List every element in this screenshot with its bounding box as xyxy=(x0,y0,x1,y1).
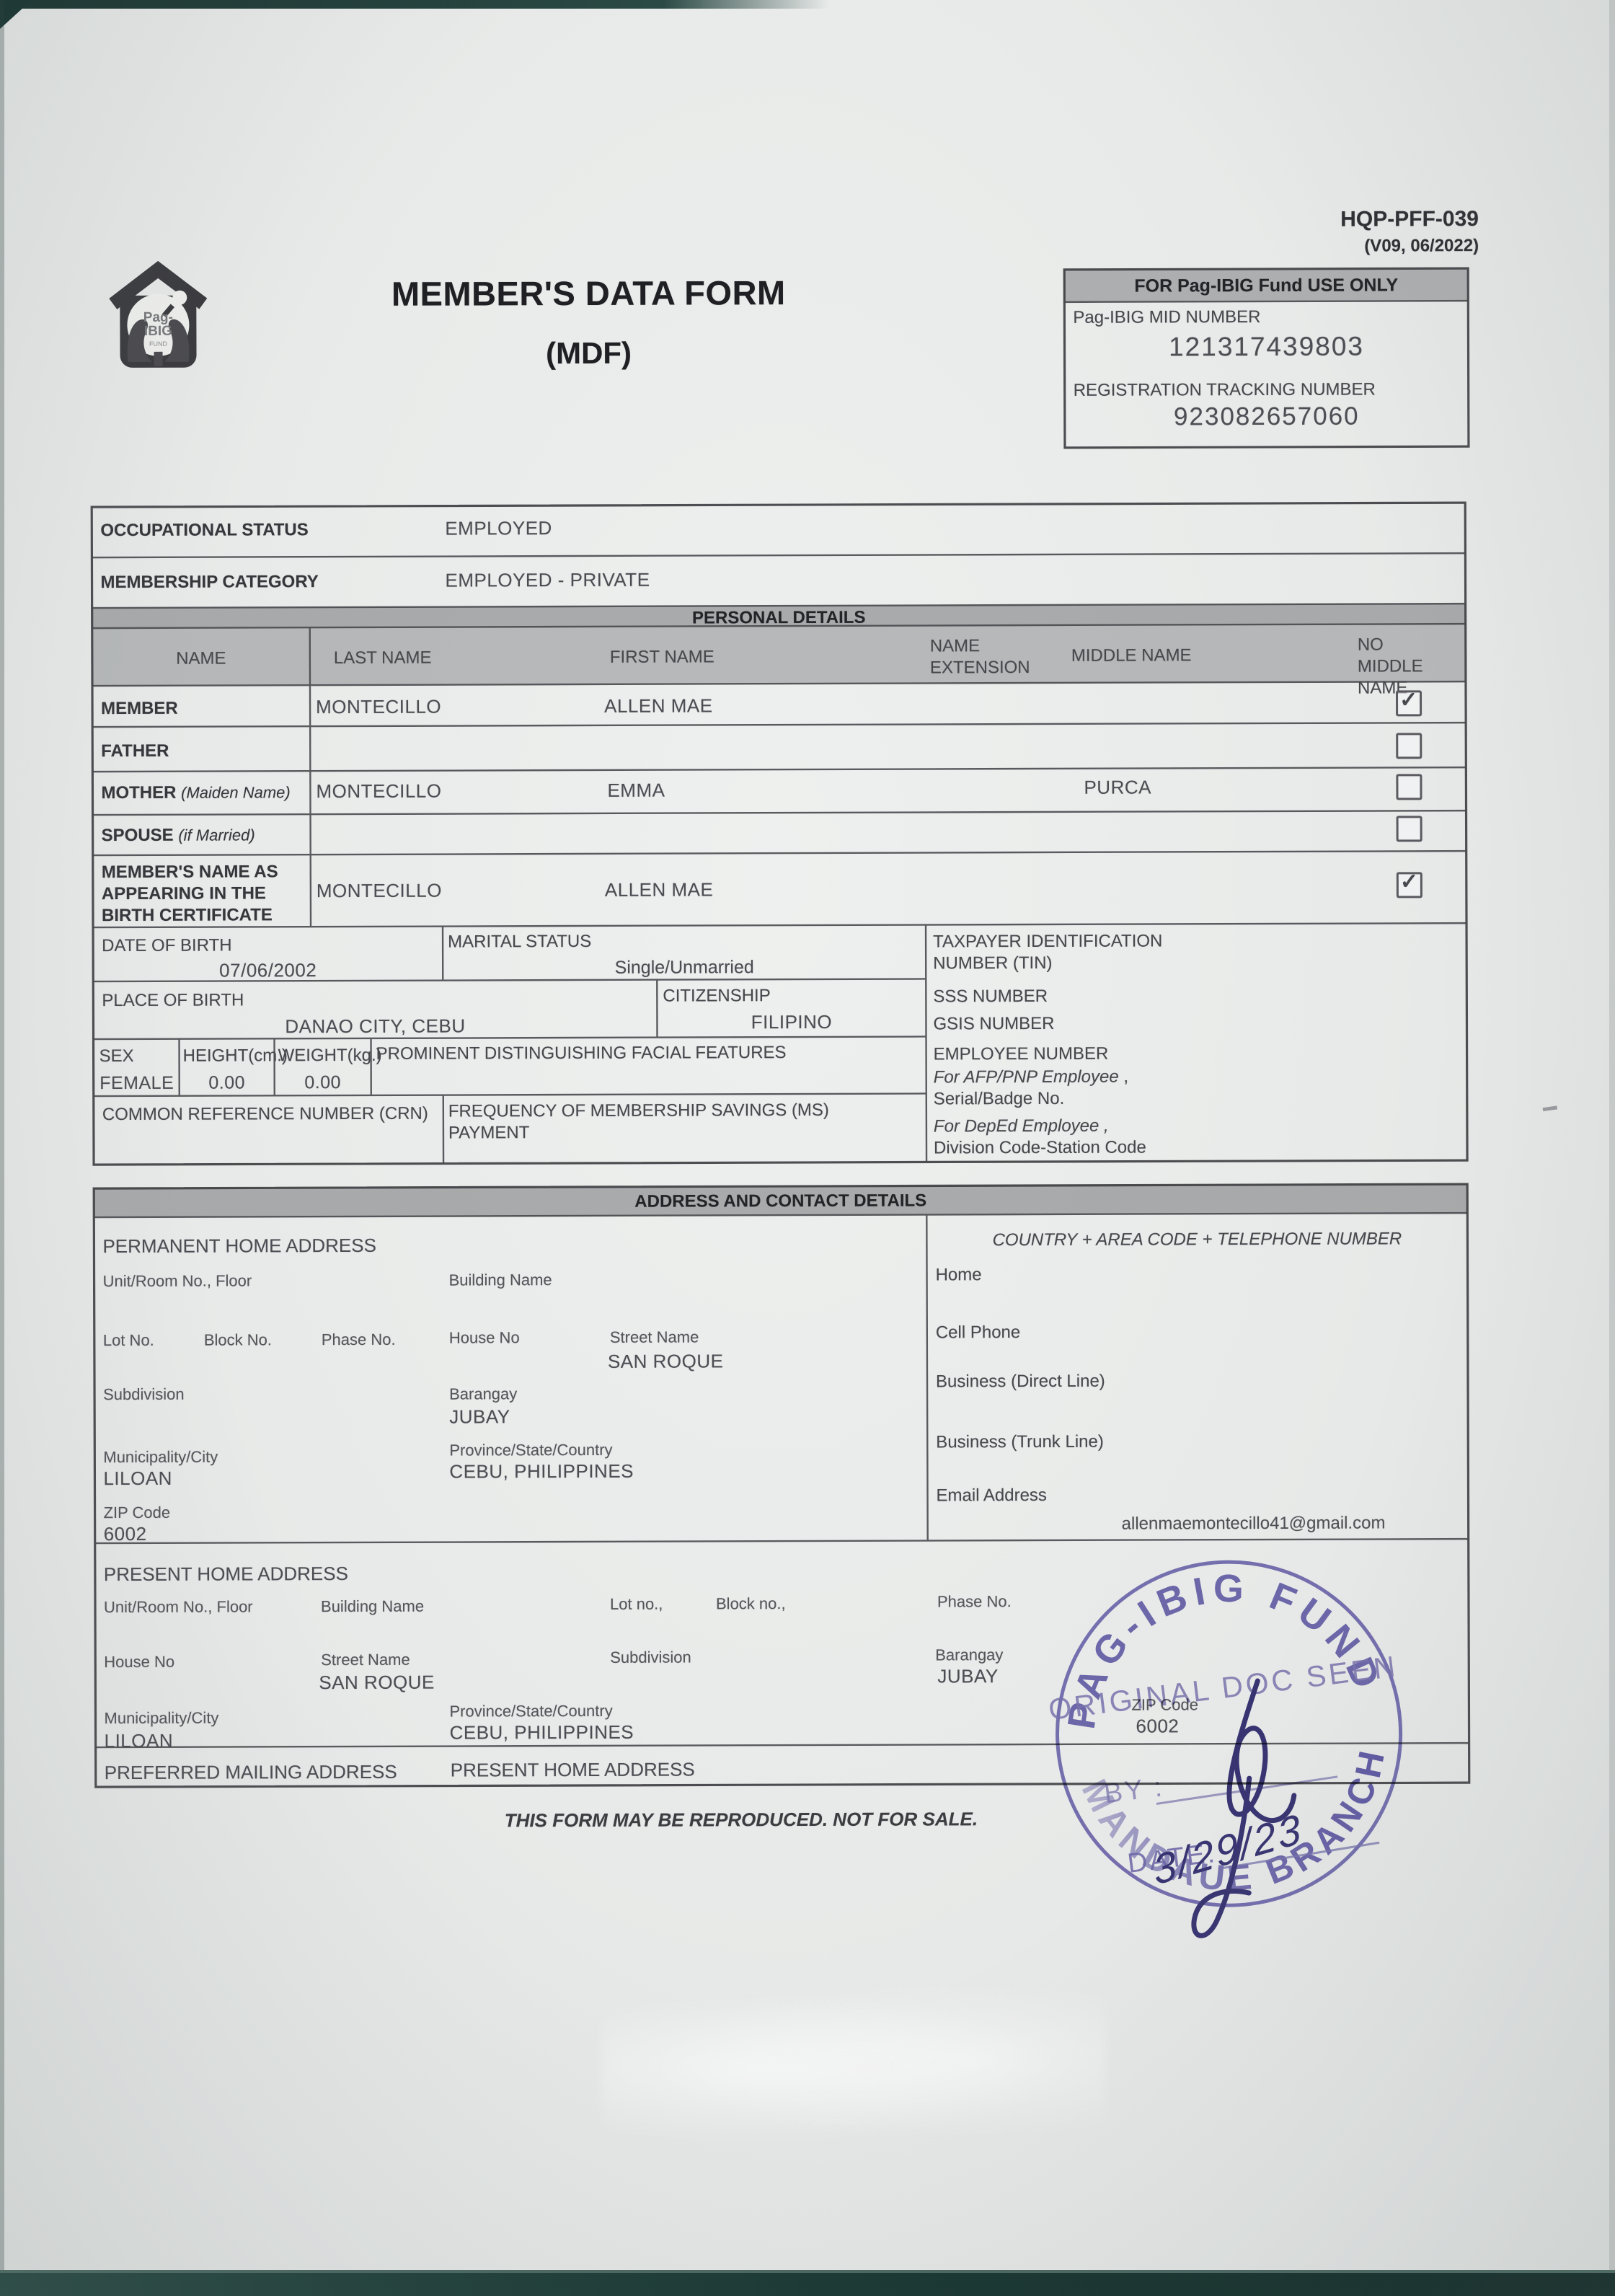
tracking-number-value: 923082657060 xyxy=(1065,402,1469,432)
check-mark-icon: ✓ xyxy=(1399,687,1417,712)
sss-number-label: SSS NUMBER xyxy=(933,986,1048,1007)
tracking-number-label: REGISTRATION TRACKING NUMBER xyxy=(1074,379,1376,402)
logo-text-line3: FUND xyxy=(149,340,168,348)
mother-last-name: MONTECILLO xyxy=(316,780,441,803)
perm-street-label: Street Name xyxy=(610,1327,699,1347)
perm-unit-label: Unit/Room No., Floor xyxy=(103,1271,252,1291)
col-header-name-extension: NAME EXTENSION xyxy=(930,635,1031,679)
logo-text-line1: Pag- xyxy=(143,310,173,325)
scan-edge-top xyxy=(0,0,829,9)
membership-category-label: MEMBERSHIP CATEGORY xyxy=(100,571,318,593)
employee-number-label: EMPLOYEE NUMBER xyxy=(934,1043,1109,1066)
occupational-status-value: EMPLOYED xyxy=(445,517,552,540)
row-label-text: FATHER xyxy=(101,741,169,761)
stamp-by-label: BY : xyxy=(1102,1772,1166,1809)
page-title: MEMBER'S DATA FORM xyxy=(314,273,862,314)
row-label-text: MEMBER xyxy=(101,699,178,718)
mailing-address-label: PREFERRED MAILING ADDRESS xyxy=(105,1761,397,1784)
citizenship-label: CITIZENSHIP xyxy=(663,985,770,1007)
dob-label: DATE OF BIRTH xyxy=(102,935,232,958)
contact-business-trunk-label: Business (Trunk Line) xyxy=(936,1431,1104,1454)
pres-street-label: Street Name xyxy=(321,1650,410,1670)
pres-municipality-value: LILOAN xyxy=(105,1730,174,1752)
row-label-member: MEMBER xyxy=(101,698,178,720)
footer-note: THIS FORM MAY BE REPRODUCED. NOT FOR SAL… xyxy=(435,1808,1048,1832)
pres-house-label: House No xyxy=(104,1652,174,1672)
row-label-note: (Maiden Name) xyxy=(181,783,291,801)
mid-number-label: Pag-IBIG MID NUMBER xyxy=(1073,306,1260,329)
perm-zip-value: 6002 xyxy=(104,1523,147,1545)
check-mark-icon: ✓ xyxy=(1400,869,1418,894)
row-label-text: MOTHER xyxy=(101,783,176,803)
col-header-name: NAME xyxy=(93,648,309,670)
stamp-doc-seen-text: ORIGINAL DOC SEEN xyxy=(1047,1649,1400,1726)
birthcert-last-name: MONTECILLO xyxy=(317,880,442,903)
perm-zip-label: ZIP Code xyxy=(104,1503,171,1523)
form-code: HQP-PFF-039 xyxy=(1223,207,1479,232)
afp-note-italic: For AFP/PNP Employee xyxy=(934,1067,1119,1087)
form-sheet: Pag- IBIG FUND MEMBER'S DATA FORM (MDF) … xyxy=(0,0,1615,2296)
sex-value: FEMALE xyxy=(94,1072,180,1094)
pres-subdivision-label: Subdivision xyxy=(610,1648,691,1668)
pres-street-value: SAN ROQUE xyxy=(319,1672,435,1695)
weight-label: WEIGHT(kg.) xyxy=(278,1045,382,1067)
afp-note: For AFP/PNP Employee , Serial/Badge No. xyxy=(934,1066,1179,1110)
contact-email-label: Email Address xyxy=(936,1485,1046,1506)
row-label-text: SPOUSE xyxy=(102,826,174,845)
mid-number-value: 121317439803 xyxy=(1064,331,1468,363)
checkbox-no-middle-member: ✓ xyxy=(1396,690,1422,716)
scan-edge-left xyxy=(0,0,4,2296)
perm-street-value: SAN ROQUE xyxy=(608,1350,724,1373)
contact-home-label: Home xyxy=(936,1264,982,1286)
form-version: (V09, 06/2022) xyxy=(1223,236,1479,257)
approval-stamp: PAG-IBIG FUND MANDAUE BRANCH ORIGINAL DO… xyxy=(1019,1540,1446,1952)
weight-value: 0.00 xyxy=(275,1072,371,1093)
scanned-document-page: { "colors": { "paper": "#e8eae9", "ink":… xyxy=(0,0,1615,2296)
contact-business-direct-label: Business (Direct Line) xyxy=(936,1371,1105,1393)
perm-subdivision-label: Subdivision xyxy=(103,1385,185,1405)
gsis-number-label: GSIS NUMBER xyxy=(933,1013,1054,1036)
dob-value: 07/06/2002 xyxy=(93,959,443,983)
col-header-middle-name: MIDDLE NAME xyxy=(1071,645,1192,667)
mother-middle-name: PURCA xyxy=(1084,776,1151,798)
perm-province-value: CEBU, PHILIPPINES xyxy=(449,1460,634,1483)
pres-lot-label: Lot no., xyxy=(610,1594,663,1615)
contact-header: COUNTRY + AREA CODE + TELEPHONE NUMBER xyxy=(926,1228,1467,1251)
sex-label: SEX xyxy=(99,1046,134,1067)
features-label: PROMINENT DISTINGUISHING FACIAL FEATURES xyxy=(376,1042,787,1065)
page-subtitle: (MDF) xyxy=(314,335,862,371)
deped-note-italic: For DepEd Employee , xyxy=(934,1116,1109,1138)
row-label-birth-certificate-name: MEMBER'S NAME AS APPEARING IN THE BIRTH … xyxy=(102,861,311,927)
marital-status-value: Single/Unmarried xyxy=(443,955,926,979)
birthcert-first-name: ALLEN MAE xyxy=(605,878,714,901)
mailing-address-value: PRESENT HOME ADDRESS xyxy=(451,1758,695,1781)
row-label-mother: MOTHER (Maiden Name) xyxy=(101,782,290,804)
member-first-name: ALLEN MAE xyxy=(604,694,713,717)
frequency-label: FREQUENCY OF MEMBERSHIP SAVINGS (MS) PAY… xyxy=(448,1100,910,1144)
deped-note-rest: Division Code-Station Code xyxy=(934,1137,1146,1160)
height-value: 0.00 xyxy=(180,1072,275,1093)
perm-house-label: House No xyxy=(449,1328,520,1348)
row-label-spouse: SPOUSE (if Married) xyxy=(102,824,255,847)
perm-barangay-value: JUBAY xyxy=(449,1405,510,1428)
marital-status-label: MARITAL STATUS xyxy=(448,931,591,953)
pres-barangay-label: Barangay xyxy=(935,1645,1003,1665)
logo-text-line2: IBIG xyxy=(144,324,172,339)
perm-phase-label: Phase No. xyxy=(322,1330,396,1350)
personal-details-title: PERSONAL DETAILS xyxy=(92,606,1466,630)
perm-province-label: Province/State/Country xyxy=(449,1440,612,1460)
contact-cell-label: Cell Phone xyxy=(936,1322,1021,1343)
tin-label: TAXPAYER IDENTIFICATION NUMBER (TIN) xyxy=(933,930,1171,974)
pres-province-label: Province/State/Country xyxy=(449,1701,612,1721)
crn-label: COMMON REFERENCE NUMBER (CRN) xyxy=(102,1103,428,1126)
perm-block-label: Block No. xyxy=(204,1330,272,1350)
address-section-title: ADDRESS AND CONTACT DETAILS xyxy=(94,1189,1467,1214)
occupational-status-label: OCCUPATIONAL STATUS xyxy=(100,519,309,542)
pob-label: PLACE OF BIRTH xyxy=(102,989,244,1012)
office-use-header: FOR Pag-IBIG Fund USE ONLY xyxy=(1064,275,1468,297)
mother-first-name: EMMA xyxy=(607,780,665,802)
pres-block-label: Block no., xyxy=(716,1594,786,1614)
checkbox-no-middle-birthcert: ✓ xyxy=(1397,872,1422,898)
height-label: HEIGHT(cm.) xyxy=(183,1045,288,1067)
checkbox-no-middle-mother xyxy=(1396,774,1422,800)
permanent-address-title: PERMANENT HOME ADDRESS xyxy=(102,1235,376,1258)
member-last-name: MONTECILLO xyxy=(316,696,441,719)
membership-category-value: EMPLOYED - PRIVATE xyxy=(445,569,650,592)
pres-barangay-value: JUBAY xyxy=(937,1665,998,1687)
perm-barangay-label: Barangay xyxy=(449,1384,517,1404)
row-label-note: (if Married) xyxy=(178,826,255,844)
pres-province-value: CEBU, PHILIPPINES xyxy=(449,1721,634,1744)
contact-email-value: allenmaemontecillo41@gmail.com xyxy=(1122,1512,1386,1535)
present-address-title: PRESENT HOME ADDRESS xyxy=(104,1563,348,1586)
checkbox-no-middle-spouse xyxy=(1397,816,1422,842)
pres-building-label: Building Name xyxy=(321,1597,424,1617)
perm-building-label: Building Name xyxy=(449,1270,552,1290)
citizenship-value: FILIPINO xyxy=(657,1010,926,1033)
col-header-first-name: FIRST NAME xyxy=(610,646,714,668)
scan-edge-bottom xyxy=(0,2270,1615,2296)
pob-value: DANAO CITY, CEBU xyxy=(93,1015,657,1039)
col-header-last-name: LAST NAME xyxy=(334,648,432,669)
pagibig-logo-icon: Pag- IBIG FUND xyxy=(103,252,213,371)
perm-municipality-value: LILOAN xyxy=(103,1467,172,1490)
pres-municipality-label: Municipality/City xyxy=(104,1708,218,1728)
bleedthrough-watermark xyxy=(601,1982,1107,2157)
pres-phase-label: Phase No. xyxy=(937,1591,1012,1612)
scan-corner-top-left xyxy=(0,0,32,29)
perm-municipality-label: Municipality/City xyxy=(103,1447,218,1467)
checkbox-no-middle-father xyxy=(1396,733,1422,759)
row-label-father: FATHER xyxy=(101,741,169,762)
perm-lot-label: Lot No. xyxy=(103,1330,154,1351)
scan-edge-right xyxy=(1609,0,1615,2296)
pres-unit-label: Unit/Room No., Floor xyxy=(104,1597,253,1617)
